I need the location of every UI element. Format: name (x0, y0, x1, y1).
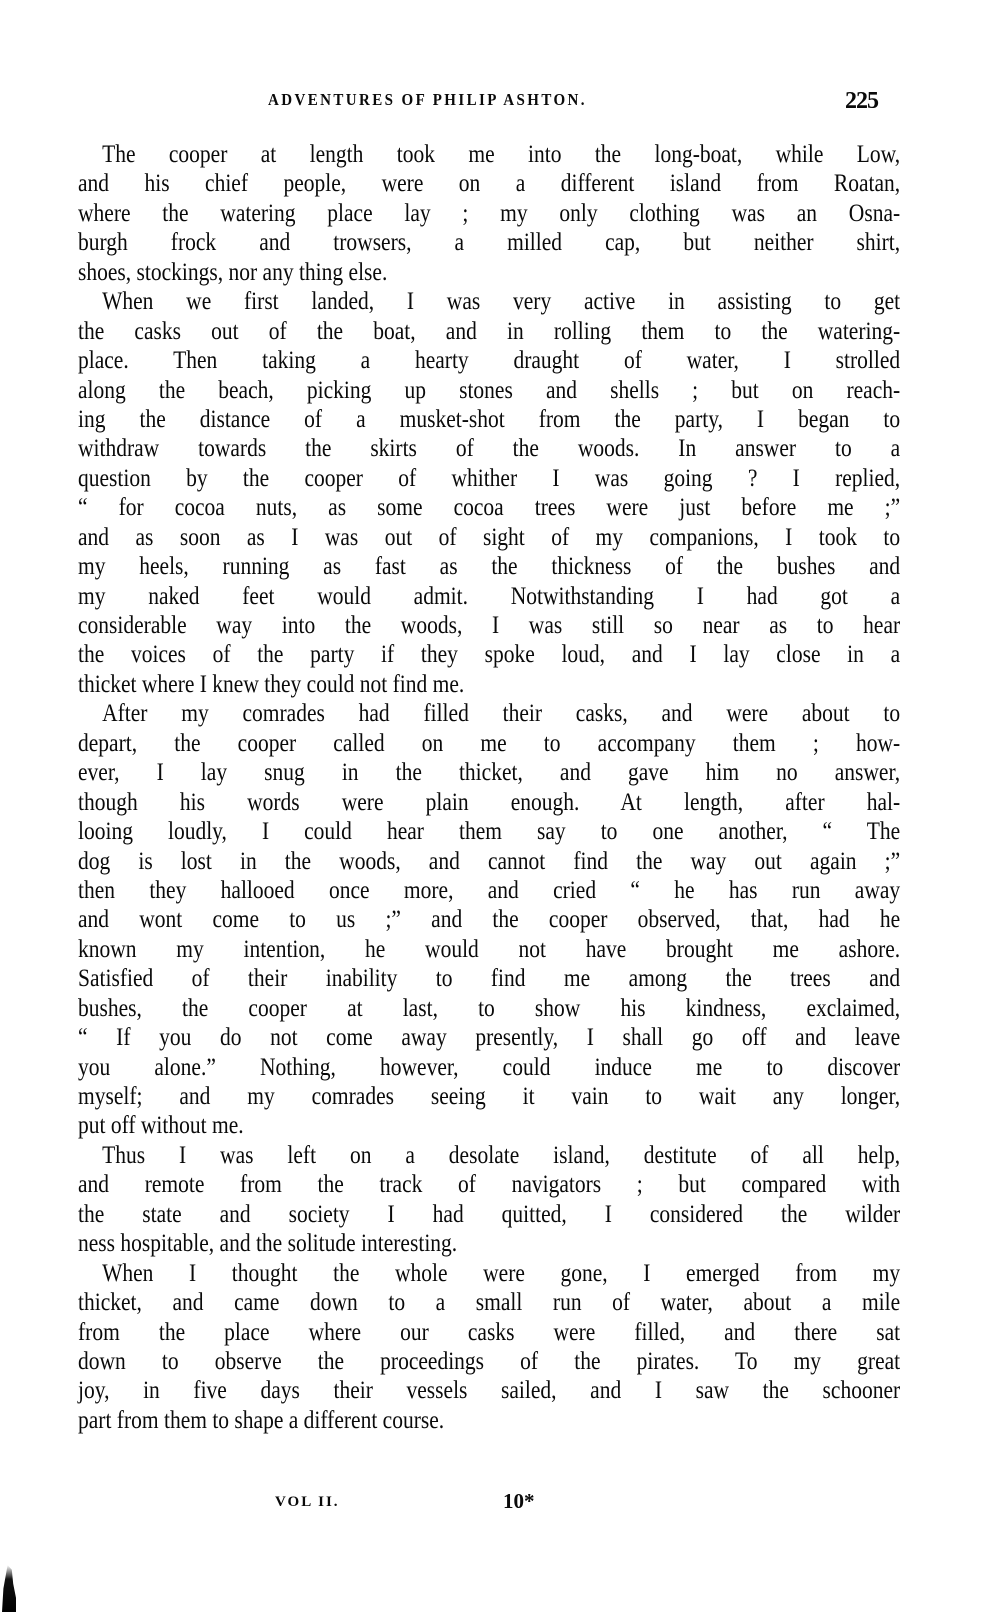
text-line: burgh frock and trowsers, a milled cap, … (78, 228, 900, 257)
text-line: along the beach, picking up stones and s… (78, 376, 900, 405)
text-line: ever, I lay snug in the thicket, and gav… (78, 758, 900, 787)
text-line: Satisfied of their inability to find me … (78, 964, 900, 993)
text-line: part from them to shape a different cour… (78, 1406, 900, 1435)
text-line: looing loudly, I could hear them say to … (78, 817, 900, 846)
text-line: you alone.” Nothing, however, could indu… (78, 1053, 900, 1082)
text-line: depart, the cooper called on me to accom… (78, 729, 900, 758)
page-number: 225 (845, 88, 878, 115)
text-line: “ for cocoa nuts, as some cocoa trees we… (78, 493, 900, 522)
text-line: dog is lost in the woods, and cannot fin… (78, 847, 900, 876)
text-line: put off without me. (78, 1111, 900, 1140)
text-line: place. Then taking a hearty draught of w… (78, 346, 900, 375)
text-line: withdraw towards the skirts of the woods… (78, 434, 900, 463)
text-line: the state and society I had quitted, I c… (78, 1200, 900, 1229)
page-footer: VOL II. 10* (0, 1494, 1000, 1524)
text-line: then they hallooed once more, and cried … (78, 876, 900, 905)
text-line: ing the distance of a musket-shot from t… (78, 405, 900, 434)
text-line: question by the cooper of whither I was … (78, 464, 900, 493)
text-line: from the place where our casks were fill… (78, 1318, 900, 1347)
text-line: where the watering place lay ; my only c… (78, 199, 900, 228)
text-line: my naked feet would admit. Notwithstandi… (78, 582, 900, 611)
text-line: bushes, the cooper at last, to show his … (78, 994, 900, 1023)
text-line: though his words were plain enough. At l… (78, 788, 900, 817)
scan-edge-artifact (2, 1565, 16, 1612)
text-line: myself; and my comrades seeing it vain t… (78, 1082, 900, 1111)
running-title: ADVENTURES OF PHILIP ASHTON. (268, 91, 587, 111)
text-line: and his chief people, were on a differen… (78, 169, 900, 198)
text-line: thicket, and came down to a small run of… (78, 1288, 900, 1317)
text-line: Thus I was left on a desolate island, de… (78, 1141, 900, 1170)
text-line: ness hospitable, and the solitude intere… (78, 1229, 900, 1258)
text-line: and remote from the track of navigators … (78, 1170, 900, 1199)
text-line: known my intention, he would not have br… (78, 935, 900, 964)
gathering-signature: 10* (503, 1489, 535, 1514)
text-line: “ If you do not come away presently, I s… (78, 1023, 900, 1052)
text-line: shoes, stockings, nor any thing else. (78, 258, 900, 287)
text-line: and as soon as I was out of sight of my … (78, 523, 900, 552)
volume-signature: VOL II. (275, 1494, 340, 1511)
text-line: the voices of the party if they spoke lo… (78, 640, 900, 669)
text-line: When I thought the whole were gone, I em… (78, 1259, 900, 1288)
body-text: The cooper at length took me into the lo… (78, 140, 900, 1435)
text-line: joy, in five days their vessels sailed, … (78, 1376, 900, 1405)
text-line: the casks out of the boat, and in rollin… (78, 317, 900, 346)
text-line: The cooper at length took me into the lo… (78, 140, 900, 169)
text-line: and wont come to us ;” and the cooper ob… (78, 905, 900, 934)
text-line: When we first landed, I was very active … (78, 287, 900, 316)
text-line: After my comrades had filled their casks… (78, 699, 900, 728)
text-line: considerable way into the woods, I was s… (78, 611, 900, 640)
text-line: my heels, running as fast as the thickne… (78, 552, 900, 581)
text-line: thicket where I knew they could not find… (78, 670, 900, 699)
running-head: ADVENTURES OF PHILIP ASHTON. 225 (0, 88, 1000, 118)
text-line: down to observe the proceedings of the p… (78, 1347, 900, 1376)
